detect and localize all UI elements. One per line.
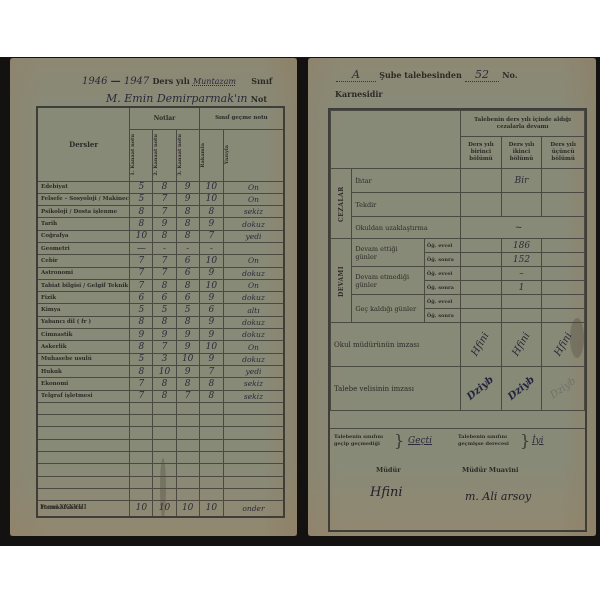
brace-icon: } (520, 431, 530, 450)
grade-row: Felsefe – Sosyoloji / Makinecilik57910On (37, 193, 284, 205)
pass-word: dokuz (223, 353, 284, 365)
grade-2: 8 (153, 316, 176, 328)
subject-name: Edebiyat (37, 181, 130, 193)
parent-signature-term-1: Dziyb (466, 374, 497, 402)
student-name-header: M. Emin Demirparmak'ın Not (106, 92, 267, 105)
grade-row: Telgraf işletmesi7878sekiz (37, 390, 284, 402)
subject-name: Coğrafya (37, 230, 130, 242)
pass-number: 9 (199, 353, 223, 365)
pass-degree-value: İyi (532, 436, 544, 446)
grade-row: Geometri—--- (37, 242, 284, 254)
late-morning-term-1 (461, 295, 502, 309)
pass-number: 7 (199, 230, 223, 242)
conduct-grade-1: 10 (130, 501, 153, 517)
late-afternoon-term-3 (542, 309, 585, 323)
year-start: 1946 (82, 76, 107, 87)
class-value: Muntazam (193, 77, 236, 86)
subject-name: Cimnastik (37, 329, 130, 341)
pass-number: 8 (199, 390, 223, 402)
grade-row: Cebir77610On (37, 255, 284, 267)
grade-2: 3 (153, 353, 176, 365)
late-morning-label: Öğ. evvel (424, 295, 460, 309)
pass-word: sekiz (223, 390, 284, 402)
section-value: A (336, 68, 376, 82)
grade-row: Astronomi7769dokuz (37, 267, 284, 279)
grade-row: Yabancı dil ( fr )8889dokuz (37, 316, 284, 328)
pass-word: altı (223, 304, 284, 316)
empty-grade-row (37, 476, 284, 488)
grade-1: 8 (130, 218, 153, 230)
pass-number: 8 (199, 378, 223, 390)
grade-2: 7 (153, 341, 176, 353)
subject-name: Geometri (37, 242, 130, 254)
grade-2: 7 (153, 193, 176, 205)
pass-word: dokuz (223, 267, 284, 279)
grade-1: 5 (130, 181, 153, 193)
grade-1: 5 (130, 304, 153, 316)
late-morning-term-2 (501, 295, 542, 309)
school-year-header: 1946 — 1947 Ders yılı Muntazam Sınıf (82, 76, 272, 87)
attended-afternoon-term-1 (461, 253, 502, 267)
grade-row: Psikoloji / Dosta işlenme8788sekiz (37, 206, 284, 218)
report-card-left-page: 1946 — 1947 Ders yılı Muntazam Sınıf M. … (10, 58, 297, 536)
penalty-warning-term-2: Bir (501, 169, 542, 193)
grade-row: Cimnastik9999dokuz (37, 329, 284, 341)
empty-grade-row (37, 464, 284, 476)
attendance-penalties-table: Talebenin ders yılı içinde aldığı cezala… (330, 110, 585, 411)
attended-days-label: Devam ettiği günler (352, 239, 425, 267)
class-label: Sınıf (251, 76, 272, 86)
grade-1: 10 (130, 230, 153, 242)
grade-2: 7 (153, 267, 176, 279)
grade-3: 6 (176, 292, 199, 304)
attended-morning-term-2: 186 (501, 239, 542, 253)
grade-row: Hukuk81097yedi (37, 365, 284, 377)
grade-1: 8 (130, 365, 153, 377)
director-label: Müdür (376, 466, 401, 474)
attendance-category: DEVAMI (331, 239, 352, 323)
penalty-reprimand-term-3 (542, 193, 585, 217)
penalty-reprimand-term-2 (501, 193, 542, 217)
absent-morning-term-3 (542, 267, 585, 281)
grade-1: 5 (130, 353, 153, 365)
subject-name: Cebir (37, 255, 130, 267)
pass-number: 10 (199, 181, 223, 193)
grade-3: 9 (176, 329, 199, 341)
subject-name: Muhasebe usulü (37, 353, 130, 365)
late-afternoon-label: Öğ. sonra (424, 309, 460, 323)
subject-name: Tabiat bilgisi / Gelgif Teknik (37, 279, 130, 291)
parent-signature-term-2: Dziyb (506, 374, 537, 402)
grade-row: Fizik6669dokuz (37, 292, 284, 304)
principal-signature-term-2: Hfini (510, 331, 532, 358)
grade-3: 7 (176, 390, 199, 402)
pass-number: 9 (199, 329, 223, 341)
subject-name: Astronomi (37, 267, 130, 279)
attended-morning-label: Öğ. evvel (424, 239, 460, 253)
grade-row: Tarih8989dokuz (37, 218, 284, 230)
subject-name: Hukuk (37, 365, 130, 377)
grade-1: 6 (130, 292, 153, 304)
pass-number: 7 (199, 365, 223, 377)
grade-1: 8 (130, 206, 153, 218)
student-name: M. Emin Demirparmak'ın (106, 92, 248, 105)
pass-word: On (223, 255, 284, 267)
late-afternoon-term-1 (461, 309, 502, 323)
pass-number: 9 (199, 316, 223, 328)
grade-row: Tabiat bilgisi / Gelgif Teknik78810On (37, 279, 284, 291)
pass-word: On (223, 341, 284, 353)
grade-3: 6 (176, 255, 199, 267)
grade-1: 5 (130, 193, 153, 205)
empty-grade-row (37, 488, 284, 500)
grade-2: 8 (153, 390, 176, 402)
conduct-pass-word: onder (223, 501, 284, 517)
grade-row: Coğrafya10887yedi (37, 230, 284, 242)
grade-2: 8 (153, 230, 176, 242)
grade-1: — (130, 242, 153, 254)
grade-2: 5 (153, 304, 176, 316)
student-number: 52 (465, 68, 499, 82)
pass-number: 6 (199, 304, 223, 316)
year-end: 1947 (124, 76, 149, 87)
parent-signature-term-3: Dziyb (548, 376, 578, 401)
parent-signature-label: Talebe velisinin imzası (331, 367, 461, 411)
absent-afternoon-term-3 (542, 281, 585, 295)
attended-morning-term-1 (461, 239, 502, 253)
assistant-director-label: Müdür Muavini (462, 466, 518, 474)
absent-morning-label: Öğ. evvel (424, 267, 460, 281)
pass-status-value: Geçti (408, 436, 432, 446)
pass-word: yedi (223, 230, 284, 242)
late-afternoon-term-2 (501, 309, 542, 323)
col-header-grade-2: 2. Kanaat notu (153, 134, 159, 176)
attendance-penalties-frame: Talebenin ders yılı içinde aldığı cezala… (328, 108, 587, 532)
pass-number: 9 (199, 292, 223, 304)
pass-word: dokuz (223, 316, 284, 328)
penalty-label-reprimand: Tekdir (352, 193, 461, 217)
grade-1: 7 (130, 255, 153, 267)
grade-2: 7 (153, 255, 176, 267)
pass-word: sekiz (223, 378, 284, 390)
grade-1: 8 (130, 316, 153, 328)
penalty-warning-term-3 (542, 169, 585, 193)
pass-number: 9 (199, 218, 223, 230)
principal-signature-term-1: Hfini (470, 331, 492, 358)
pass-number: 10 (199, 279, 223, 291)
absent-afternoon-term-2: 1 (501, 281, 542, 295)
grade-2: 9 (153, 218, 176, 230)
subject-name: Askerlik (37, 341, 130, 353)
grade-row: Askerlik87910On (37, 341, 284, 353)
conduct-pass-number: 10 (199, 501, 223, 517)
grade-3: 9 (176, 365, 199, 377)
absent-days-label: Devam etmediği günler (352, 267, 425, 295)
empty-grade-row (37, 415, 284, 427)
empty-grade-row (37, 439, 284, 451)
conduct-grade-3: 10 (176, 501, 199, 517)
grade-2: 8 (153, 378, 176, 390)
late-morning-term-3 (542, 295, 585, 309)
grade-2: 6 (153, 292, 176, 304)
penalty-suspension-values: ~ (461, 217, 585, 239)
grade-3: 9 (176, 341, 199, 353)
grade-2: 8 (153, 181, 176, 193)
penalty-warning-term-1 (461, 169, 502, 193)
penalty-reprimand-term-1 (461, 193, 502, 217)
subject-name: Ekonomi (37, 378, 130, 390)
attended-morning-term-3 (542, 239, 585, 253)
pass-word (223, 242, 284, 254)
grade-3: - (176, 242, 199, 254)
grade-2: 10 (153, 365, 176, 377)
term-2-header: Ders yılı ikinci bölümü (501, 137, 542, 169)
report-card-right-page: A Şube talebesinden 52 No. Karnesidir Ta… (308, 58, 596, 536)
pass-word: On (223, 193, 284, 205)
pass-word: dokuz (223, 292, 284, 304)
term-3-header: Ders yılı üçüncü bölümü (542, 137, 585, 169)
pass-number: 9 (199, 267, 223, 279)
grade-1: 7 (130, 279, 153, 291)
principal-signature-label: Okul müdürünün imzası (331, 323, 461, 367)
form-number: Form XXXVIII (40, 504, 87, 511)
penalty-label-warning: İhtar (352, 169, 461, 193)
pass-result-row: Talebenin sınıfını geçip geçmediği } Geç… (330, 428, 585, 455)
col-header-pass-words: Yazıyla (224, 145, 230, 164)
col-header-grade-1: 1. Kanaat notu (130, 134, 136, 176)
grade-3: 8 (176, 279, 199, 291)
pass-status-label: Talebenin sınıfını geçip geçmediği (334, 434, 383, 448)
absent-morning-term-2: – (501, 267, 542, 281)
grade-2: 9 (153, 329, 176, 341)
pass-word: sekiz (223, 206, 284, 218)
penalty-label-suspension: Okuldan uzaklaştırma (352, 217, 461, 239)
grade-3: 9 (176, 193, 199, 205)
pass-number: 10 (199, 341, 223, 353)
year-dash: — (111, 76, 121, 87)
number-label: No. (502, 70, 517, 80)
pass-word: yedi (223, 365, 284, 377)
absent-afternoon-label: Öğ. sonra (424, 281, 460, 295)
empty-grade-row (37, 427, 284, 439)
grade-1: 7 (130, 267, 153, 279)
col-header-pass-grade: Sınıf geçme notu (199, 107, 284, 129)
grade-2: - (153, 242, 176, 254)
col-header-pass-digits: Rakamla (200, 143, 206, 168)
absent-morning-term-1 (461, 267, 502, 281)
col-header-subjects: Dersler (37, 107, 130, 181)
grade-3: 8 (176, 378, 199, 390)
grade-row: Muhasebe usulü53109dokuz (37, 353, 284, 365)
subject-name: Fizik (37, 292, 130, 304)
attended-afternoon-term-3 (542, 253, 585, 267)
col-header-grade-3: 3. Kanaat notu (177, 134, 183, 176)
grade-3: 9 (176, 181, 199, 193)
grade-row: Kimya5556altı (37, 304, 284, 316)
grade-2: 7 (153, 206, 176, 218)
grade-2: 8 (153, 279, 176, 291)
director-signature: Hfini (370, 485, 403, 500)
grades-table: Dersler Notlar Sınıf geçme notu 1. Kanaa… (36, 106, 285, 518)
penalties-category: CEZALAR (331, 169, 352, 239)
attended-afternoon-label: Öğ. sonra (424, 253, 460, 267)
grade-3: 8 (176, 316, 199, 328)
grade-1: 7 (130, 390, 153, 402)
grade-row: Ekonomi7888sekiz (37, 378, 284, 390)
brace-icon: } (394, 431, 404, 450)
grade-3: 8 (176, 206, 199, 218)
subject-name: Kimya (37, 304, 130, 316)
section-label: Şube talebesinden (379, 70, 462, 80)
grade-1: 8 (130, 341, 153, 353)
subject-name: Psikoloji / Dosta işlenme (37, 206, 130, 218)
pass-degree-label: Talebenin sınıfını geçmişse derecesi (458, 434, 509, 448)
pass-word: On (223, 279, 284, 291)
principal-signature-term-3: Hfini (552, 331, 574, 358)
pass-word: dokuz (223, 218, 284, 230)
penalties-attendance-header: Talebenin ders yılı içinde aldığı cezala… (461, 111, 585, 137)
grade-3: 8 (176, 218, 199, 230)
attended-afternoon-term-2: 152 (501, 253, 542, 267)
grade-3: 6 (176, 267, 199, 279)
grade-1: 7 (130, 378, 153, 390)
pass-number: 8 (199, 206, 223, 218)
section-header: A Şube talebesinden 52 No. (336, 68, 517, 82)
col-header-grades: Notlar (130, 107, 200, 129)
late-days-label: Geç kaldığı günler (352, 295, 425, 323)
pass-word: On (223, 181, 284, 193)
absent-afternoon-term-1 (461, 281, 502, 295)
grade-3: 5 (176, 304, 199, 316)
subject-name: Tarih (37, 218, 130, 230)
assistant-director-signature: m. Ali arsoy (465, 490, 531, 503)
empty-grade-row (37, 402, 284, 414)
pass-word: dokuz (223, 329, 284, 341)
conduct-grade-2: 10 (153, 501, 176, 517)
subject-name: Telgraf işletmesi (37, 390, 130, 402)
not-label: Not (251, 94, 267, 104)
pass-number: 10 (199, 255, 223, 267)
pass-number: - (199, 242, 223, 254)
pass-number: 10 (199, 193, 223, 205)
empty-grade-row (37, 452, 284, 464)
year-label: Ders yılı (152, 76, 189, 86)
grade-3: 8 (176, 230, 199, 242)
grade-row: Edebiyat58910On (37, 181, 284, 193)
subject-name: Yabancı dil ( fr ) (37, 316, 130, 328)
term-1-header: Ders yılı birinci bölümü (461, 137, 502, 169)
karne-label: Karnesidir (335, 89, 383, 99)
grade-1: 9 (130, 329, 153, 341)
subject-name: Felsefe – Sosyoloji / Makinecilik (37, 193, 130, 205)
grade-3: 10 (176, 353, 199, 365)
